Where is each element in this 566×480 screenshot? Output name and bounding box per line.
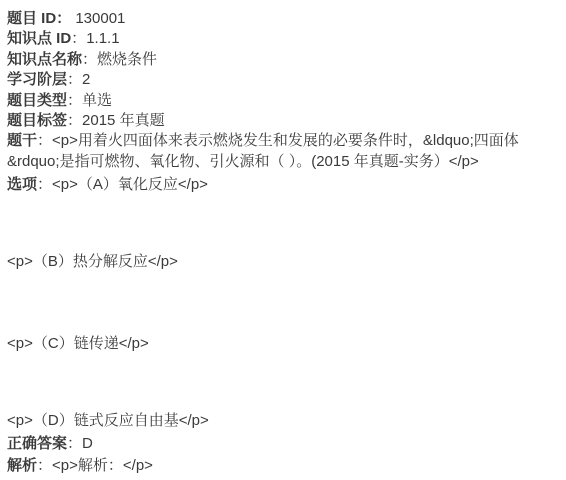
field-question-id: 题目 ID： 130001 bbox=[7, 9, 554, 29]
field-question-tag-value: 2015 年真题 bbox=[82, 112, 165, 129]
option-b-paragraph: <p>（B）热分解反应</p> bbox=[7, 252, 554, 272]
field-analysis: 解析：<p>解析：</p> bbox=[7, 456, 554, 476]
field-learning-stage: 学习阶层：2 bbox=[7, 70, 554, 90]
field-knowledge-name-value: 燃烧条件 bbox=[97, 51, 157, 68]
field-options-separator: ： bbox=[37, 176, 52, 193]
field-knowledge-name: 知识点名称：燃烧条件 bbox=[7, 50, 554, 70]
option-c-text: <p>（C）链传递</p> bbox=[7, 335, 149, 352]
field-question-stem-separator: ： bbox=[37, 132, 52, 149]
field-knowledge-name-separator: ： bbox=[82, 51, 97, 68]
field-analysis-separator: ： bbox=[37, 457, 52, 474]
field-question-id-label: 题目 ID： bbox=[7, 10, 71, 27]
field-correct-answer-label: 正确答案 bbox=[7, 435, 67, 452]
field-knowledge-id: 知识点 ID：1.1.1 bbox=[7, 29, 554, 49]
field-learning-stage-value: 2 bbox=[82, 71, 90, 88]
field-analysis-label: 解析 bbox=[7, 457, 37, 474]
field-correct-answer-separator: ： bbox=[67, 435, 82, 452]
field-analysis-value: <p>解析：</p> bbox=[52, 457, 153, 474]
field-question-type-label: 题目类型 bbox=[7, 92, 67, 109]
field-knowledge-id-separator: ： bbox=[71, 30, 86, 47]
option-c-paragraph: <p>（C）链传递</p> bbox=[7, 334, 554, 354]
option-d-paragraph: <p>（D）链式反应自由基</p> bbox=[7, 411, 554, 431]
field-question-stem-label: 题干 bbox=[7, 132, 37, 149]
field-question-stem: 题干：<p>用着火四面体来表示燃烧发生和发展的必要条件时，&ldquo;四面体&… bbox=[7, 131, 554, 172]
field-knowledge-id-label: 知识点 ID bbox=[7, 30, 71, 47]
field-correct-answer: 正确答案：D bbox=[7, 434, 554, 454]
field-question-type-separator: ： bbox=[67, 92, 82, 109]
option-a-text: <p>（A）氧化反应</p> bbox=[52, 176, 208, 193]
field-question-stem-value: <p>用着火四面体来表示燃烧发生和发展的必要条件时，&ldquo;四面体&rdq… bbox=[7, 132, 519, 169]
field-learning-stage-separator: ： bbox=[67, 71, 82, 88]
option-b-text: <p>（B）热分解反应</p> bbox=[7, 253, 178, 270]
question-record-document: 题目 ID： 130001 知识点 ID：1.1.1 知识点名称：燃烧条件 学习… bbox=[0, 0, 566, 480]
field-question-tag-label: 题目标签 bbox=[7, 112, 67, 129]
field-question-tag-separator: ： bbox=[67, 112, 82, 129]
field-correct-answer-value: D bbox=[82, 435, 93, 452]
field-question-type: 题目类型：单选 bbox=[7, 91, 554, 111]
field-learning-stage-label: 学习阶层 bbox=[7, 71, 67, 88]
option-d-text: <p>（D）链式反应自由基</p> bbox=[7, 412, 209, 429]
field-options-label: 选项 bbox=[7, 176, 37, 193]
field-question-tag: 题目标签：2015 年真题 bbox=[7, 111, 554, 131]
field-knowledge-id-value: 1.1.1 bbox=[86, 30, 119, 47]
field-options-option-a: 选项：<p>（A）氧化反应</p> bbox=[7, 175, 554, 195]
field-question-id-value: 130001 bbox=[71, 10, 125, 27]
field-knowledge-name-label: 知识点名称 bbox=[7, 51, 82, 68]
field-question-type-value: 单选 bbox=[82, 92, 112, 109]
